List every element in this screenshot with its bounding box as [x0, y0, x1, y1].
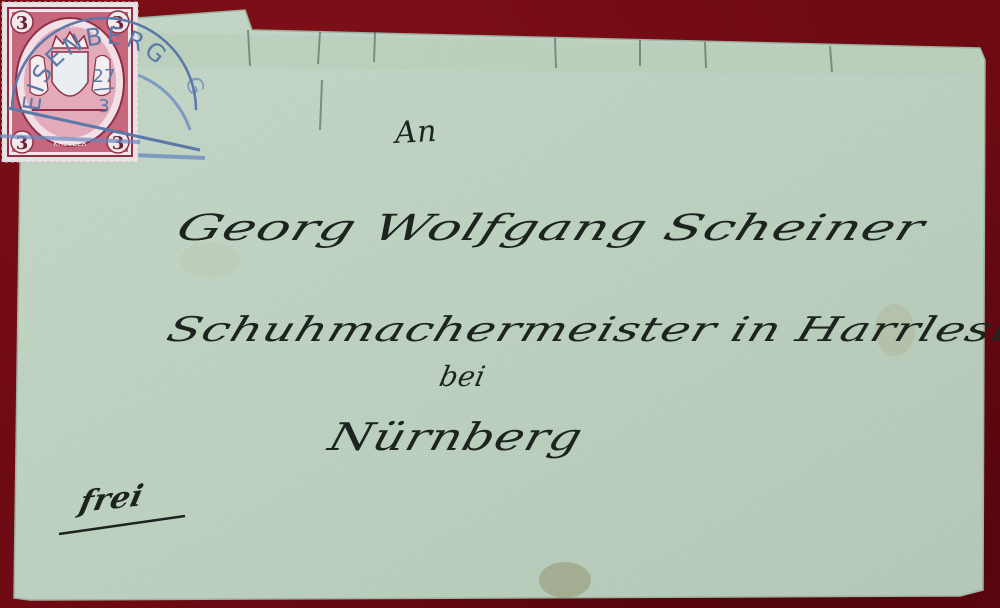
postmark-day: 27: [93, 66, 116, 87]
address-salutation: An: [394, 114, 438, 151]
name-underscore-flourish: [178, 235, 648, 255]
recipient-title-and-place: Schuhmachermeister in Harrlesberg: [162, 310, 1000, 350]
destination-city: Nürnberg: [324, 415, 588, 459]
postmark-month: 3: [98, 96, 109, 117]
photo-scene: An Georg Wolfgang Scheiner Schuhmacherme…: [0, 0, 1000, 608]
address-preposition: bei: [436, 360, 488, 393]
postmark-eisenberg: EISENBERG 27 3: [0, 0, 210, 160]
underline-stroke: [55, 510, 195, 540]
envelope: An Georg Wolfgang Scheiner Schuhmacherme…: [0, 0, 1000, 608]
